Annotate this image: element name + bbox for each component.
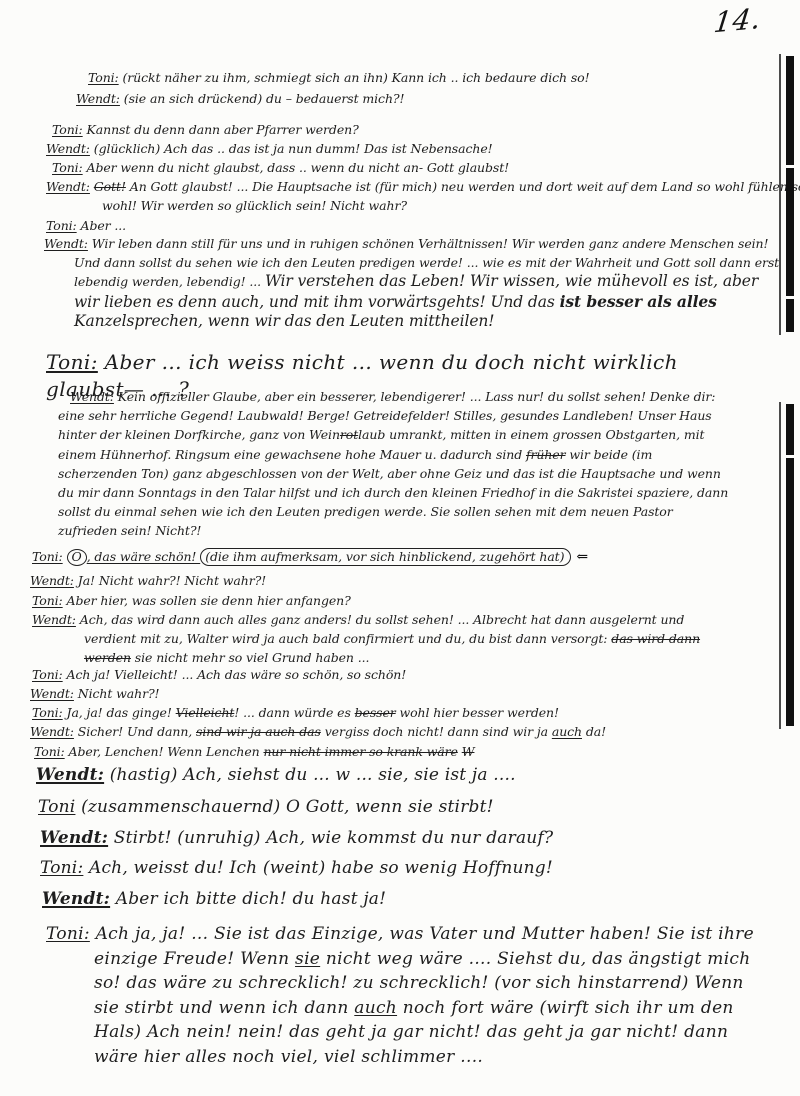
dialogue-text: Aber hier, was sollen sie denn hier anfa… [67, 593, 351, 608]
dialogue-text: Aber, Lenchen! Wenn Lenchen [69, 744, 264, 759]
dialogue-text: sind wir ja auch das [196, 724, 321, 739]
page-number: 14. [712, 2, 763, 40]
dialogue-text: sie [295, 949, 320, 969]
speaker-label: Wendt: [76, 91, 120, 106]
dialogue-text: Ach, weisst du! Ich (weint) habe so weni… [89, 858, 553, 878]
dialogue-text: früher [526, 447, 565, 462]
speaker-label: Toni: [46, 350, 98, 374]
speaker-label: Wendt: [70, 389, 114, 404]
dialogue-text: vergiss doch nicht! dann sind wir ja [321, 724, 552, 739]
dialogue-text: Aber ... [81, 218, 127, 233]
dialogue-text: Kannst du denn dann aber Pfarrer werden? [87, 122, 359, 137]
speaker-label: Toni: [52, 160, 83, 175]
binding-mark-thin-line [779, 54, 781, 335]
dialogue-line: Wendt: (sie an sich drückend) du – bedau… [76, 89, 404, 108]
speaker-label: Toni: [40, 858, 83, 878]
dialogue-line: Toni: Ach ja! Vielleicht! ... Ach das wä… [32, 665, 406, 684]
binding-mark-gap [786, 296, 794, 299]
speaker-label: Wendt: [36, 765, 104, 785]
dialogue-text: ist besser als alles [560, 292, 717, 311]
dialogue-text: besser [355, 705, 396, 720]
dialogue-text: Gott! [94, 179, 126, 194]
speaker-label: Wendt: [42, 889, 110, 909]
dialogue-line: Wendt: Gott! An Gott glaubst! ... Die Ha… [46, 177, 800, 215]
speaker-label: Wendt: [30, 573, 74, 588]
speaker-label: Wendt: [46, 179, 90, 194]
speaker-label: Toni: [32, 705, 63, 720]
binding-mark-bar [786, 404, 794, 726]
manuscript-page: 14. Toni: (rückt näher zu ihm, schmiegt … [0, 0, 800, 1096]
dialogue-line: Wendt: Stirbt! (unruhig) Ach, wie kommst… [40, 827, 553, 849]
speaker-label: Toni: [32, 593, 63, 608]
dialogue-line: Toni: Kannst du denn dann aber Pfarrer w… [52, 120, 359, 139]
binding-mark-thin-line [779, 402, 781, 729]
dialogue-line: Toni: Aber wenn du nicht glaubst, dass .… [52, 158, 509, 177]
speaker-label: Wendt: [30, 724, 74, 739]
dialogue-text: Vielleicht [176, 705, 235, 720]
binding-mark-gap [786, 165, 794, 168]
dialogue-line: Wendt: Wir leben dann still für uns und … [44, 234, 788, 331]
binding-mark-gap [786, 455, 794, 458]
speaker-label: Toni [38, 797, 75, 817]
speaker-label: Wendt: [44, 236, 88, 251]
dialogue-text: An Gott glaubst! ... Die Hauptsache ist … [102, 179, 800, 213]
binding-mark-bar [786, 56, 794, 332]
dialogue-line: Wendt: Aber ich bitte dich! du hast ja! [42, 888, 386, 910]
dialogue-text: , das wäre schön! [87, 549, 201, 564]
dialogue-line: Wendt: Ja! Nicht wahr?! Nicht wahr?! [30, 571, 266, 590]
dialogue-line: Wendt: Ach, das wird dann auch alles gan… [32, 610, 724, 668]
dialogue-text: O [67, 549, 87, 566]
dialogue-text: Sicher! Und dann, [78, 724, 196, 739]
dialogue-line: Toni: Ach, weisst du! Ich (weint) habe s… [40, 857, 553, 879]
dialogue-line: Wendt: (hastig) Ach, siehst du ... w ...… [36, 764, 516, 786]
speaker-label: Toni: [52, 122, 83, 137]
dialogue-line: Toni: Ach ja, ja! ... Sie ist das Einzig… [46, 922, 762, 1069]
dialogue-line: Toni (zusammenschauernd) O Gott, wenn si… [38, 796, 494, 818]
speaker-label: Toni: [32, 667, 63, 682]
dialogue-line: Wendt: Nicht wahr?! [30, 684, 159, 703]
dialogue-text: (rückt näher zu ihm, schmiegt sich an ih… [123, 70, 590, 85]
dialogue-text: (zusammenschauernd) O Gott, wenn sie sti… [81, 797, 494, 817]
dialogue-text: Ja, ja! das ginge! [67, 705, 176, 720]
speaker-label: Toni: [32, 549, 63, 564]
dialogue-text: (die ihm aufmerksam, vor sich hinblicken… [200, 548, 571, 566]
speaker-label: Wendt: [46, 141, 90, 156]
dialogue-line: Wendt: Kein offizieller Glaube, aber ein… [58, 387, 734, 541]
insertion-mark-icon: ⇐ [571, 549, 588, 565]
dialogue-text: auch [354, 998, 397, 1018]
dialogue-text: Aber wenn du nicht glaubst, dass .. wenn… [87, 160, 510, 175]
speaker-label: Toni: [34, 744, 65, 759]
dialogue-text: Ach, das wird dann auch alles ganz ander… [80, 612, 684, 646]
dialogue-text: W [462, 744, 475, 759]
dialogue-text: (glücklich) Ach das .. das ist ja nun du… [94, 141, 493, 156]
speaker-label: Wendt: [30, 686, 74, 701]
dialogue-text: rot [340, 427, 358, 442]
dialogue-text: (hastig) Ach, siehst du ... w ... sie, s… [110, 765, 516, 785]
dialogue-line: Toni: Aber, Lenchen! Wenn Lenchen nur ni… [34, 742, 474, 761]
dialogue-text: da! [582, 724, 606, 739]
dialogue-line: Toni: Ja, ja! das ginge! Vielleicht! ...… [32, 703, 559, 722]
dialogue-text: nur nicht immer so krank wäre [263, 744, 457, 759]
dialogue-text: Stirbt! (unruhig) Ach, wie kommst du nur… [114, 828, 554, 848]
speaker-label: Toni: [46, 924, 90, 944]
dialogue-text: sie nicht mehr so viel Grund haben ... [131, 650, 369, 665]
dialogue-text: Nicht wahr?! [78, 686, 160, 701]
dialogue-text: wohl hier besser werden! [396, 705, 559, 720]
dialogue-text: Ja! Nicht wahr?! Nicht wahr?! [78, 573, 266, 588]
speaker-label: Toni: [46, 218, 77, 233]
dialogue-text: auch [552, 724, 582, 739]
speaker-label: Wendt: [40, 828, 108, 848]
dialogue-text: ! ... dann würde es [234, 705, 354, 720]
dialogue-text: (sie an sich drückend) du – bedauerst mi… [124, 91, 405, 106]
dialogue-line: Toni: Aber hier, was sollen sie denn hie… [32, 591, 351, 610]
dialogue-line: Toni: O, das wäre schön! (die ihm aufmer… [32, 547, 588, 567]
dialogue-text: Kanzelsprechen, wenn wir das den Leuten … [74, 312, 494, 330]
dialogue-line: Toni: (rückt näher zu ihm, schmiegt sich… [88, 68, 590, 87]
dialogue-text: Ach ja! Vielleicht! ... Ach das wäre so … [67, 667, 407, 682]
dialogue-line: Wendt: (glücklich) Ach das .. das ist ja… [46, 139, 493, 158]
speaker-label: Toni: [88, 70, 119, 85]
speaker-label: Wendt: [32, 612, 76, 627]
dialogue-text: Aber ich bitte dich! du hast ja! [116, 889, 386, 909]
dialogue-line: Wendt: Sicher! Und dann, sind wir ja auc… [30, 722, 606, 741]
dialogue-line: Toni: Aber ... [46, 216, 126, 235]
